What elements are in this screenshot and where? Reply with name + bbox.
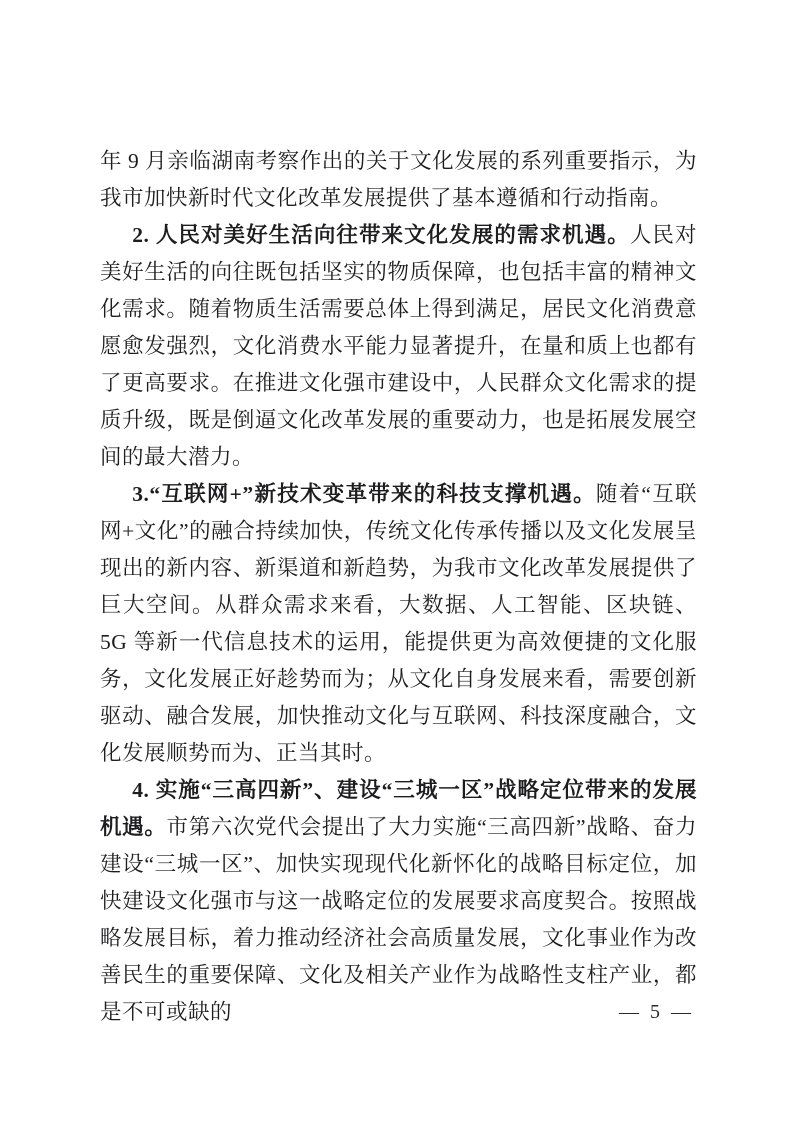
- page-number: — 5 —: [0, 1000, 691, 1024]
- paragraph-body-text: 市第六次党代会提出了大力实施“三高四新”战略、奋力建设“三城一区”、加快实现现代…: [100, 815, 697, 1024]
- paragraph-body-text: 人民对美好生活的向往既包括坚实的物质保障，也包括丰富的精神文化需求。随着物质生活…: [100, 223, 697, 469]
- paragraph: 4. 实施“三高四新”、建设“三城一区”战略定位带来的发展机遇。市第六次党代会提…: [100, 772, 697, 1031]
- page: 年 9 月亲临湖南考察作出的关于文化发展的系列重要指示，为我市加快新时代文化改革…: [0, 0, 793, 1122]
- paragraph: 2. 人民对美好生活向往带来文化发展的需求机遇。人民对美好生活的向往既包括坚实的…: [100, 217, 697, 476]
- document-body: 年 9 月亲临湖南考察作出的关于文化发展的系列重要指示，为我市加快新时代文化改革…: [100, 143, 697, 1031]
- paragraph-heading-text: 3.“互联网+”新技术变革带来的科技支撑机遇。: [132, 482, 596, 506]
- paragraph-heading-text: 2. 人民对美好生活向往带来文化发展的需求机遇。: [132, 223, 630, 247]
- paragraph-body-text: 年 9 月亲临湖南考察作出的关于文化发展的系列重要指示，为我市加快新时代文化改革…: [100, 149, 697, 210]
- paragraph: 3.“互联网+”新技术变革带来的科技支撑机遇。随着“互联网+文化”的融合持续加快…: [100, 476, 697, 772]
- paragraph-body-text: 随着“互联网+文化”的融合持续加快，传统文化传承传播以及文化发展呈现出的新内容、…: [100, 482, 697, 765]
- paragraph: 年 9 月亲临湖南考察作出的关于文化发展的系列重要指示，为我市加快新时代文化改革…: [100, 143, 697, 217]
